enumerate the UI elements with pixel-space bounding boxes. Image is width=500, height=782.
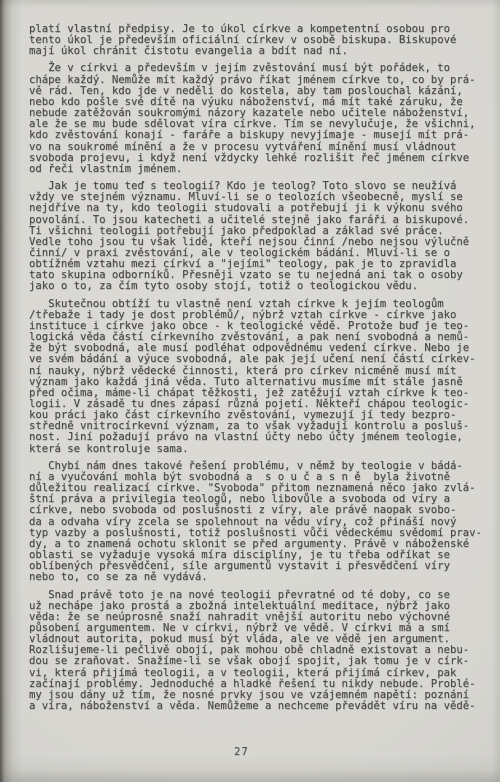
paragraph-4: Skutečnou obtíží tu vlastně není vztah c… [29, 299, 495, 455]
paragraph-2: Že v církvi a především v jejím zvěstová… [29, 63, 495, 175]
paragraph-6: Snad právě toto je na nové teologii přev… [29, 590, 495, 713]
document-text: platí vlastní předpisy. Je to úkol církv… [29, 24, 495, 718]
paragraph-5: Chybí nám dnes takové řešení problému, v… [29, 461, 495, 584]
paragraph-3: Jak je tomu teď s teologií? Kdo je teolo… [29, 181, 495, 293]
page-number: 27 [234, 746, 249, 758]
scanned-page: platí vlastní předpisy. Je to úkol církv… [0, 0, 500, 782]
paragraph-1: platí vlastní předpisy. Je to úkol církv… [29, 24, 495, 57]
